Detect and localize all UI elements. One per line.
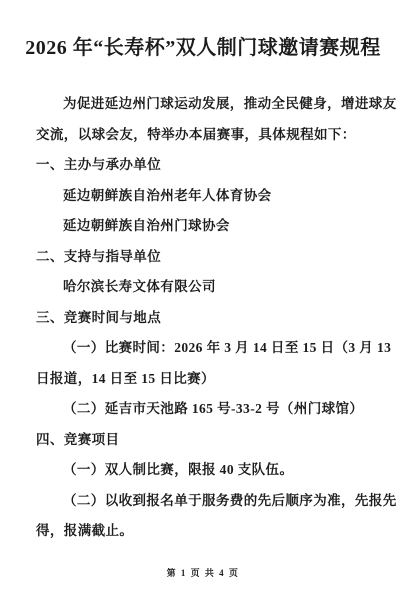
document-body: 为促进延边州门球运动发展，推动全民健身，增进球友 交流，以球会友，特举办本届赛事… xyxy=(36,89,370,547)
intro-line-1: 为促进延边州门球运动发展，推动全民健身，增进球友 xyxy=(36,89,370,120)
section-2-heading: 二、支持与指导单位 xyxy=(36,242,370,273)
section-4-item-2-line-2: 得，报满截止。 xyxy=(36,516,370,547)
page-number-indicator: 第 1 页 共 4 页 xyxy=(0,566,406,579)
section-2-supporter: 哈尔滨长寿文体有限公司 xyxy=(36,272,370,303)
section-4-heading: 四、竞赛项目 xyxy=(36,425,370,456)
document-page: 2026 年“长寿杯”双人制门球邀请赛规程 为促进延边州门球运动发展，推动全民健… xyxy=(0,0,406,600)
section-1-heading: 一、主办与承办单位 xyxy=(36,150,370,181)
section-3-item-1-line-1: （一）比赛时间：2026 年 3 月 14 日至 15 日（3 月 13 xyxy=(36,333,370,364)
section-1-organizer-1: 延边朝鲜族自治州老年人体育协会 xyxy=(36,181,370,212)
section-3-item-1-line-2: 日报道，14 日至 15 日比赛） xyxy=(36,364,370,395)
section-1-organizer-2: 延边朝鲜族自治州门球协会 xyxy=(36,211,370,242)
section-3-item-2: （二）延吉市天池路 165 号-33-2 号（州门球馆） xyxy=(36,394,370,425)
section-3-heading: 三、竞赛时间与地点 xyxy=(36,303,370,334)
intro-line-2: 交流，以球会友，特举办本届赛事，具体规程如下： xyxy=(36,120,370,151)
section-4-item-1: （一）双人制比赛，限报 40 支队伍。 xyxy=(36,455,370,486)
section-4-item-2-line-1: （二）以收到报名单于服务费的先后顺序为准，先报先 xyxy=(36,486,370,517)
document-title: 2026 年“长寿杯”双人制门球邀请赛规程 xyxy=(0,31,406,60)
